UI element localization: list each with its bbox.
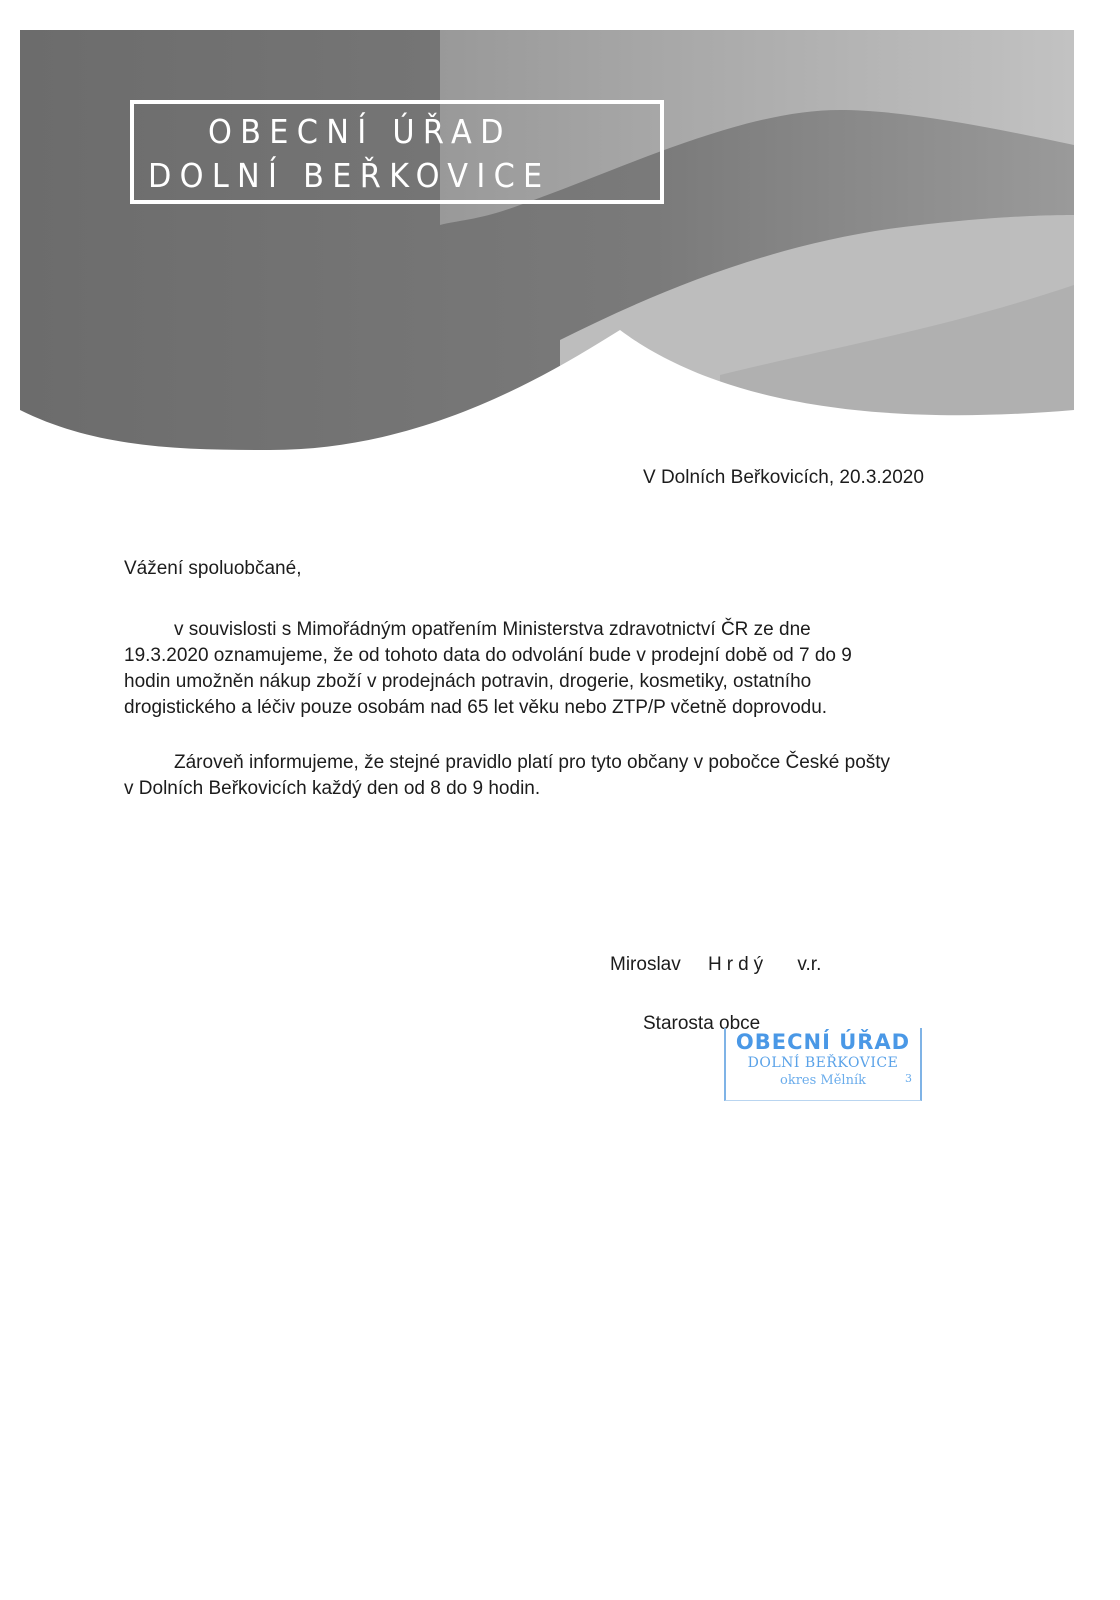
paragraph-line: v Dolních Beřkovicích každý den od 8 do … [124, 776, 890, 802]
signer-first-name: Miroslav [610, 954, 681, 975]
paragraph-line: hodin umožněn nákup zboží v prodejnách p… [124, 669, 852, 695]
paragraph-2: Zároveň informujeme, že stejné pravidlo … [124, 750, 890, 802]
signature: Miroslav Hrdý v.r. [610, 952, 821, 978]
stamp-line-3: okres Mělník 3 [726, 1072, 920, 1089]
stamp-number: 3 [905, 1070, 912, 1087]
municipality-title: DOLNÍ BEŘKOVICE [148, 156, 632, 195]
wave-graphic [20, 30, 1074, 450]
official-stamp: OBECNÍ ÚŘAD DOLNÍ BEŘKOVICE okres Mělník… [724, 1028, 922, 1101]
signature-suffix: v.r. [797, 954, 821, 975]
paragraph-line: 19.3.2020 oznamujeme, že od tohoto data … [124, 643, 852, 669]
paragraph-line: v souvislosti s Mimořádným opatřením Min… [124, 617, 852, 643]
paragraph-1: v souvislosti s Mimořádným opatřením Min… [124, 617, 852, 721]
greeting: Vážení spoluobčané, [124, 556, 301, 582]
place-date: V Dolních Beřkovicích, 20.3.2020 [643, 465, 924, 491]
stamp-line-2: DOLNÍ BEŘKOVICE [726, 1054, 920, 1072]
stamp-district: okres Mělník [780, 1073, 866, 1088]
signer-surname: Hrdý [708, 954, 768, 975]
stamp-line-1: OBECNÍ ÚŘAD [726, 1030, 920, 1054]
paragraph-line: drogistického a léčiv pouze osobám nad 6… [124, 695, 852, 721]
title-frame: OBECNÍ ÚŘAD DOLNÍ BEŘKOVICE [130, 100, 664, 204]
office-title: OBECNÍ ÚŘAD [208, 112, 692, 151]
letterhead-banner: OBECNÍ ÚŘAD DOLNÍ BEŘKOVICE [20, 30, 1074, 450]
paragraph-line: Zároveň informujeme, že stejné pravidlo … [124, 750, 890, 776]
